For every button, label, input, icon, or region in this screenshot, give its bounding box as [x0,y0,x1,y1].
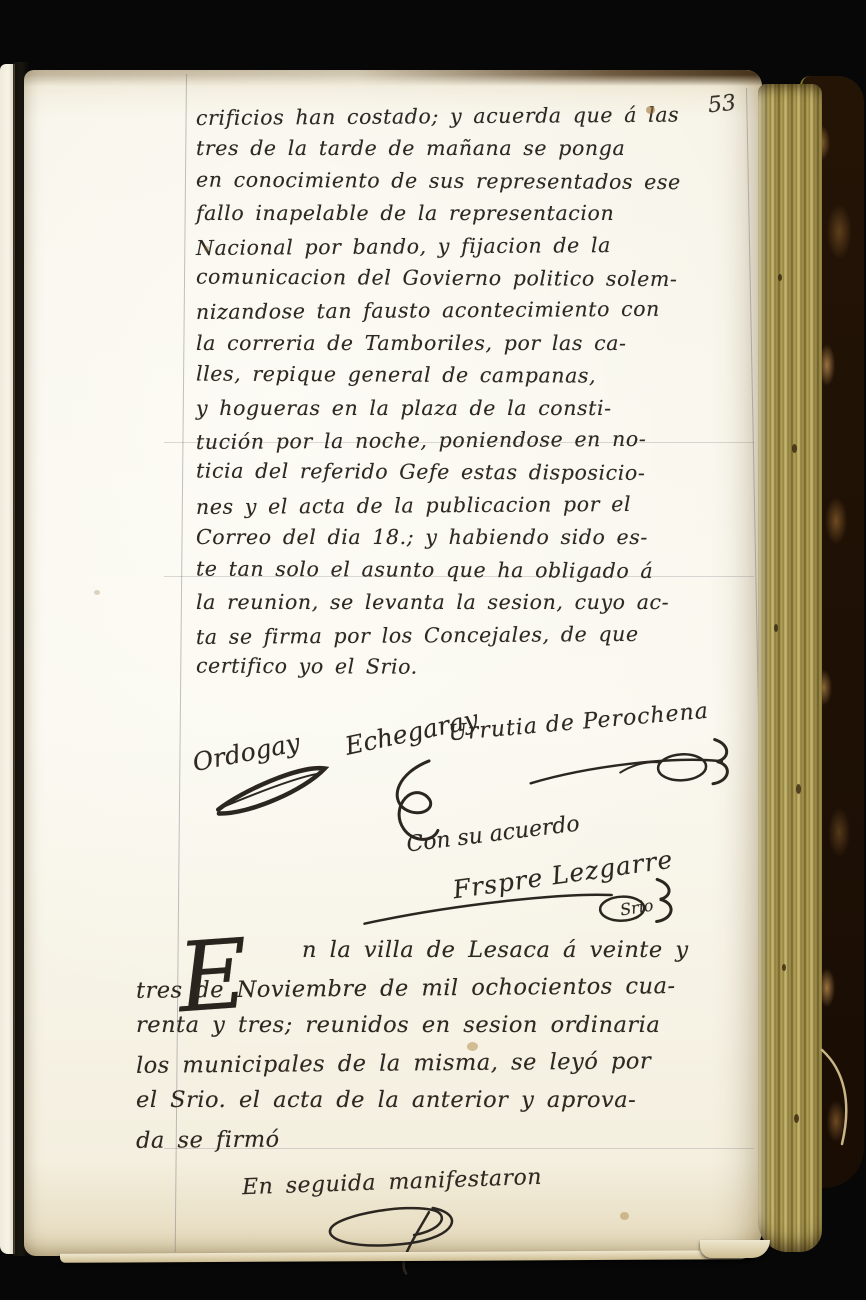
page-stack-edge [700,1240,770,1258]
edge-speck [792,444,797,453]
manuscript-line: crificios han costado; y acuerda que á l… [196,98,758,134]
manuscript-line: ticia del referido Gefe estas disposicio… [196,455,758,490]
manuscript-line: el Srio. el acta de la anterior y aprova… [136,1082,784,1120]
edge-speck [794,1114,799,1123]
manuscript-line: los municipales de la misma, se leyó por [136,1042,784,1085]
manuscript-page: 53 crificios han costado; y acuerda que … [24,70,762,1256]
loose-thread [818,1048,858,1148]
foxing-spot [620,1212,629,1220]
manuscript-line: Correo del dia 18.; y habiendo sido es- [196,521,758,553]
manuscript-line: lles, repique general de campanas, [196,358,758,393]
manuscript-line: da se firmó [136,1117,784,1160]
manuscript-line: tres de la tarde de mañana se ponga [196,132,758,164]
edge-speck [782,964,786,971]
page-top-stain [24,70,762,86]
manuscript-line: nizandose tan fausto acontecimiento con [196,292,758,328]
edge-speck [796,784,801,794]
book-fore-edge [758,84,822,1252]
manuscript-line: certifico yo el Srio. [196,649,758,684]
manuscript-line: tres de Noviembre de mil ochocientos cua… [136,967,784,1010]
manuscript-line: te tan solo el asunto que ha obligado á [196,552,758,587]
rubric-flourish-icon [523,732,740,801]
manuscript-line: y hogueras en la plaza de la consti- [196,392,758,424]
rubric-flourish-icon [359,872,695,940]
foxing-spot [204,246,210,252]
photo-background: 53 crificios han costado; y acuerda que … [0,0,866,1300]
paragraph-session-opening: E n la villa de Lesaca á veinte y tres d… [136,932,784,1157]
manuscript-line: Nacional por bando, y fijacion de la [196,228,758,264]
manuscript-line: tución por la noche, poniendose en no- [196,422,758,458]
paragraph-session-minutes: crificios han costado; y acuerda que á l… [196,100,758,683]
manuscript-line: nes y el acta de la publicacion por el [196,487,758,523]
rubric-flourish-icon [312,1188,478,1280]
manuscript-line: la correria de Tamboriles, por las ca- [196,327,758,359]
manuscript-line: ta se firma por los Concejales, de que [196,617,758,653]
manuscript-line: comunicacion del Govierno politico solem… [196,261,758,296]
foxing-spot [646,106,655,114]
foxing-spot [467,1042,478,1051]
edge-speck [774,624,778,632]
manuscript-line: la reunion, se levanta la sesion, cuyo a… [196,586,758,618]
manuscript-line: fallo inapelable de la representacion [196,197,758,229]
foxing-spot [94,590,100,595]
edge-speck [778,274,782,281]
manuscript-line: en conocimiento de sus representados ese [196,163,758,198]
